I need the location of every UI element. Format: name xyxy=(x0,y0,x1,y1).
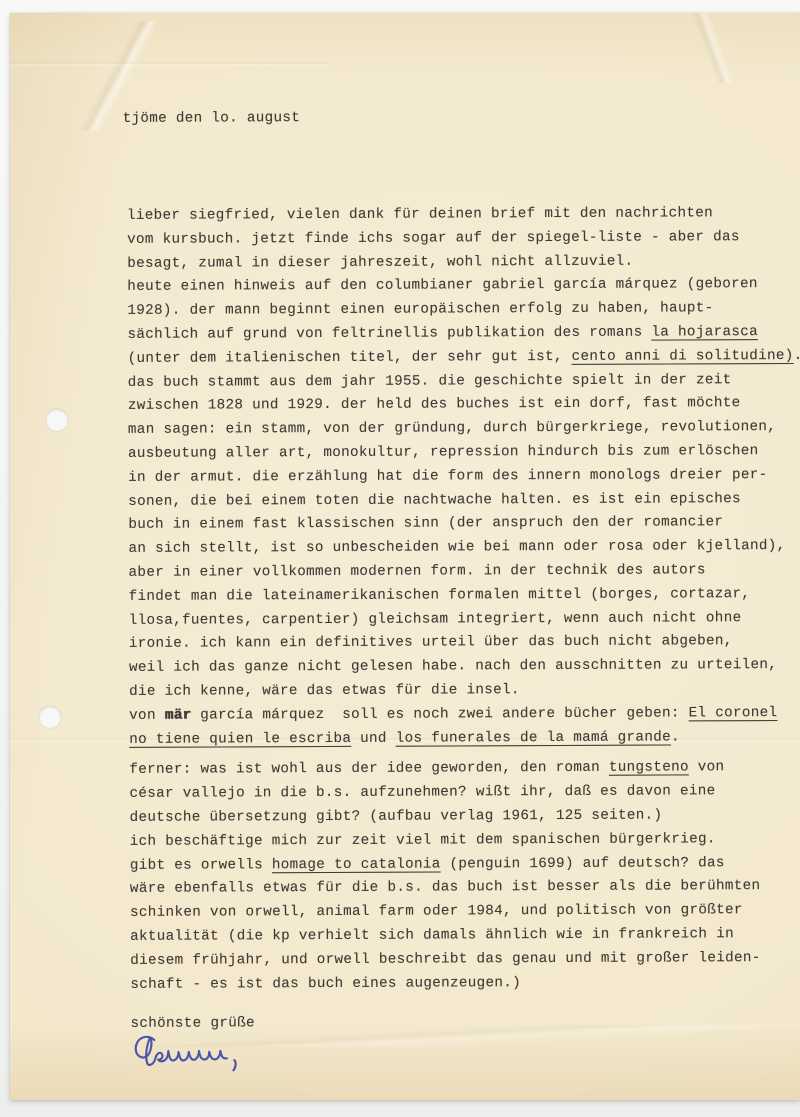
letter-line: ironie. ich kann ein definitives urteil … xyxy=(129,630,794,657)
letter-line: zwischen 1828 und 1929. der held des buc… xyxy=(128,392,793,419)
date-line: tjöme den lo. august xyxy=(123,110,301,127)
letter-content: tjöme den lo. august lieber siegfried, v… xyxy=(8,11,800,1101)
letter-line: césar vallejo in die b.s. aufzunehmen? w… xyxy=(129,780,794,807)
letter-line: sonen, die bei einem toten die nachtwach… xyxy=(128,488,793,515)
letter-line: gibt es orwells homage to catalonia (pen… xyxy=(130,851,795,878)
signature xyxy=(125,1029,283,1084)
letter-line: ferner: was ist wohl aus der idee geword… xyxy=(129,756,794,783)
letter-line: weil ich das ganze nicht gelesen habe. n… xyxy=(129,654,794,681)
letter-line: von mär garcía márquez soll es noch zwei… xyxy=(129,702,794,729)
letter-line: aktualität (die kp verhielt sich damals … xyxy=(130,923,795,950)
letter-line: heute einen hinweis auf den columbianer … xyxy=(127,273,792,300)
letter-line: die ich kenne, wäre das etwas für die in… xyxy=(129,678,794,705)
letter-line: ausbeutung aller art, monokultur, repres… xyxy=(128,440,793,467)
letter-line: sächlich auf grund von feltrinellis publ… xyxy=(127,321,792,348)
letter-line: findet man die lateinamerikanischen form… xyxy=(129,583,794,610)
letter-line: buch in einem fast klassischen sinn (der… xyxy=(128,511,793,538)
letter-line: schinken von orwell, animal farm oder 19… xyxy=(130,899,795,926)
letter-line: man sagen: ein stamm, von der gründung, … xyxy=(128,416,793,443)
letter-line: aber in einer vollkommen modernen form. … xyxy=(128,559,793,586)
letter-line: schaft - es ist das buch eines augenzeug… xyxy=(130,970,795,997)
letter-line: das buch stammt aus dem jahr 1955. die g… xyxy=(128,369,793,396)
letter-line: deutsche übersetzung gibt? (aufbau verla… xyxy=(130,804,795,831)
letter-line: ich beschäftige mich zur zeit viel mit d… xyxy=(130,828,795,855)
letter-line: 1928). der mann beginnt einen europäisch… xyxy=(127,297,792,324)
signature-stroke xyxy=(136,1036,227,1065)
letter-line: no tiene quien le escriba und los funera… xyxy=(129,725,794,752)
letter-line: an sich stellt, ist so unbescheiden wie … xyxy=(128,535,793,562)
letter-line: (unter dem italienischen titel, der sehr… xyxy=(128,345,793,372)
signature-comma xyxy=(233,1060,235,1070)
letter-body: lieber siegfried, vielen dank für deinen… xyxy=(127,202,796,1037)
letter-line: in der armut. die erzählung hat die form… xyxy=(128,464,793,491)
scanned-letter: tjöme den lo. august lieber siegfried, v… xyxy=(0,0,800,1117)
letter-line: wäre ebenfalls etwas für die b.s. das bu… xyxy=(130,875,795,902)
letter-line: lieber siegfried, vielen dank für deinen… xyxy=(127,202,792,229)
letter-line: besagt, zumal in dieser jahreszeit, wohl… xyxy=(127,250,792,277)
letter-line: llosa,fuentes, carpentier) gleichsam int… xyxy=(129,607,794,634)
paper-sheet: tjöme den lo. august lieber siegfried, v… xyxy=(10,13,800,1100)
letter-line: vom kursbuch. jetzt finde ichs sogar auf… xyxy=(127,226,792,253)
letter-line: diesem frühjahr, und orwell beschreibt d… xyxy=(130,947,795,974)
